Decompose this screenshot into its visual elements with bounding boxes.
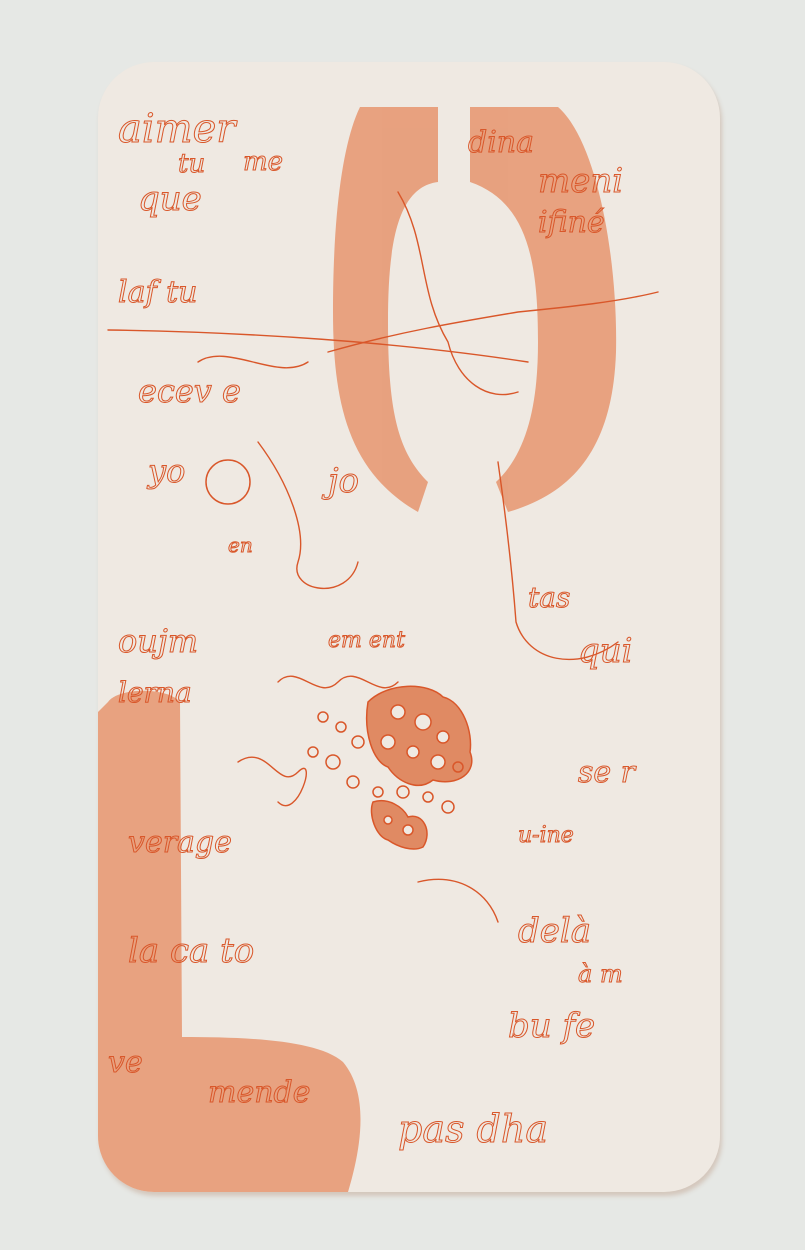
svg-text:lerna: lerna xyxy=(118,676,192,709)
svg-text:verage: verage xyxy=(128,825,232,860)
svg-text:à m: à m xyxy=(578,960,623,988)
svg-text:yo: yo xyxy=(146,452,185,490)
svg-text:ecev e: ecev e xyxy=(138,372,241,410)
svg-text:delà: delà xyxy=(518,911,591,951)
svg-text:ifiné: ifiné xyxy=(538,205,605,240)
spotted-blob xyxy=(367,686,472,849)
svg-text:qui: qui xyxy=(578,631,633,671)
svg-text:la ca to: la ca to xyxy=(128,931,254,971)
svg-text:jo: jo xyxy=(321,461,359,501)
svg-text:me: me xyxy=(243,147,283,177)
svg-text:u-ine: u-ine xyxy=(518,823,574,848)
svg-text:que: que xyxy=(138,179,202,219)
artwork-card: aimer tu me que dina meni ifiné laf tu e… xyxy=(98,62,720,1192)
svg-text:ve: ve xyxy=(108,1045,143,1080)
svg-text:tu: tu xyxy=(178,149,205,179)
svg-text:dina: dina xyxy=(468,125,534,160)
svg-text:laf tu: laf tu xyxy=(118,275,198,310)
svg-text:pas dha: pas dha xyxy=(398,1107,548,1151)
svg-text:em ent: em ent xyxy=(328,628,405,653)
artwork-drawing: aimer tu me que dina meni ifiné laf tu e… xyxy=(98,62,720,1192)
svg-text:mende: mende xyxy=(208,1075,310,1110)
svg-text:en: en xyxy=(228,533,253,557)
svg-text:bu fe: bu fe xyxy=(508,1006,595,1046)
svg-text:oujm: oujm xyxy=(118,622,198,660)
svg-text:se r: se r xyxy=(578,755,637,790)
svg-text:aimer: aimer xyxy=(118,106,238,152)
svg-text:meni: meni xyxy=(538,161,623,201)
svg-text:tas: tas xyxy=(528,581,570,614)
